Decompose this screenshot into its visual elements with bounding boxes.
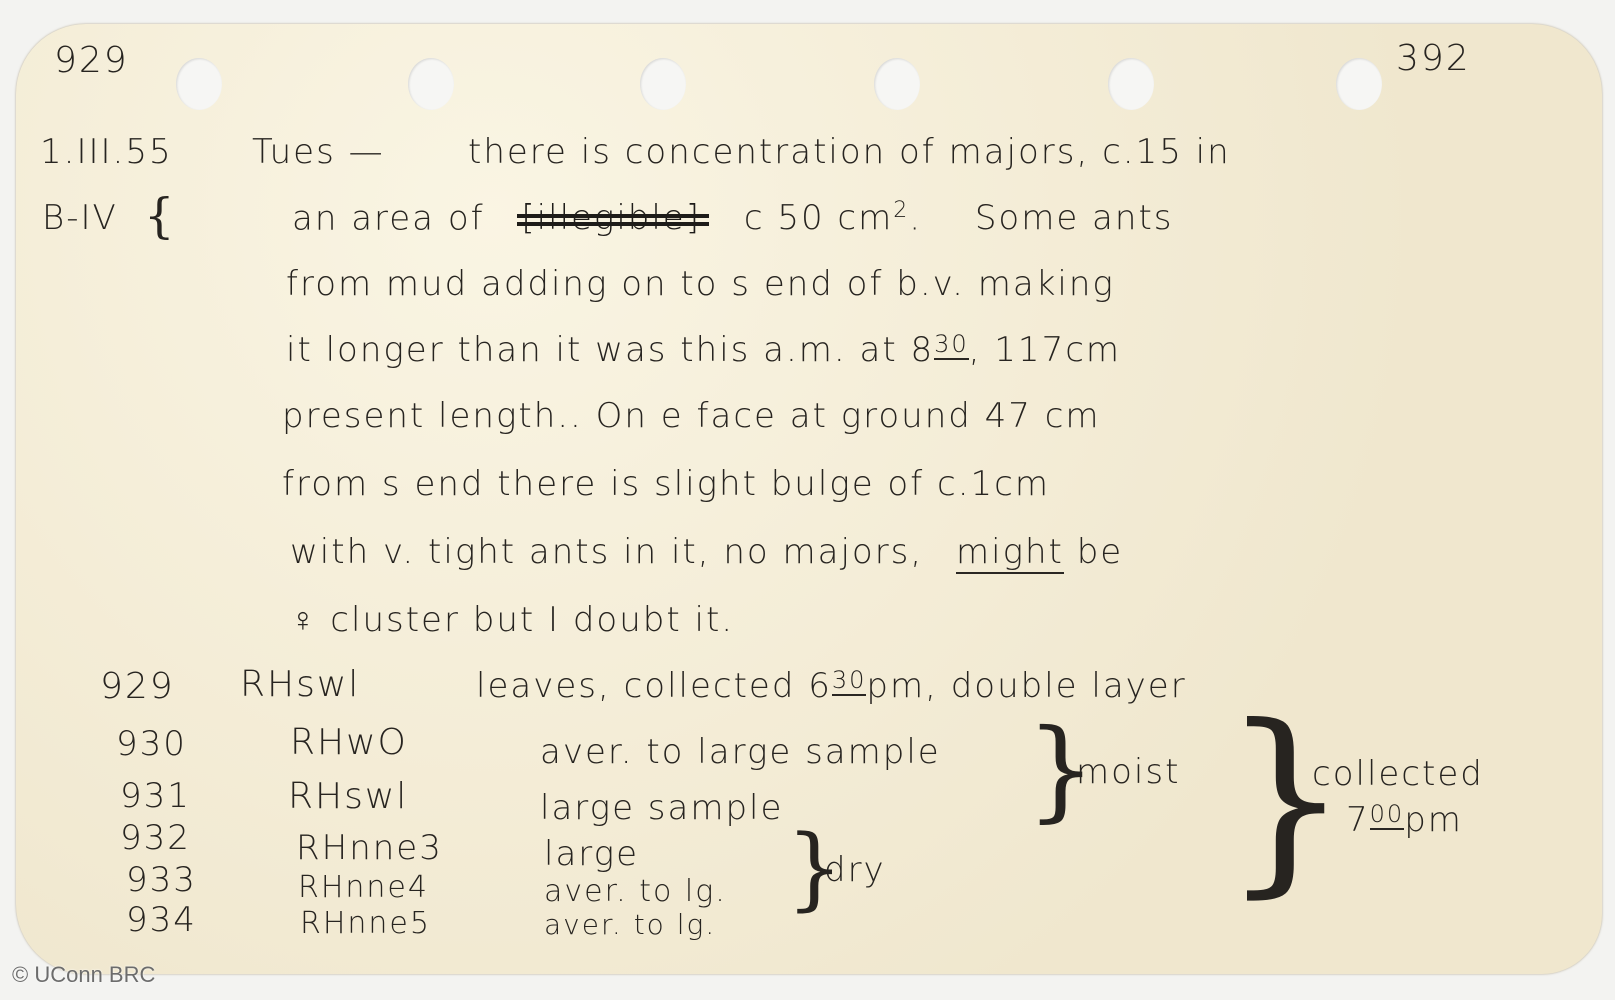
collected-time: 700pm [1346, 800, 1463, 840]
entry-line-1: there is concentration of majors, c.15 i… [468, 132, 1231, 172]
entry-text: with v. tight ants in it, no majors, [290, 532, 923, 572]
entry-text: be [1077, 532, 1124, 572]
entry-text: it longer than it was this a.m. at 8 [286, 330, 934, 370]
card-number-left: 929 [54, 40, 129, 81]
brace: { [144, 188, 175, 244]
collected-label: collected [1312, 754, 1484, 794]
sample-number: 930 [116, 724, 187, 764]
sample-number: 931 [120, 776, 191, 816]
sample-note: leaves, collected 630pm, double layer [476, 666, 1187, 706]
superscript: 30 [934, 330, 969, 360]
punch-hole [408, 58, 454, 110]
sample-code: RHnne3 [296, 828, 443, 868]
entry-line-5: present length.. On e face at ground 47 … [282, 396, 1101, 436]
entry-date: 1.III.55 [40, 132, 173, 172]
entry-line-3: from mud adding on to s end of b.v. maki… [286, 264, 1115, 304]
entry-text: , 117cm [969, 330, 1121, 370]
sample-code: RHswl [240, 664, 360, 705]
entry-line-4: it longer than it was this a.m. at 830, … [286, 330, 1121, 370]
notebook-card: 929 392 1.III.55 Tues — there is concent… [16, 24, 1602, 974]
underlined-word: might [956, 532, 1064, 574]
entry-day: Tues — [252, 132, 385, 172]
card-number-right: 392 [1396, 38, 1471, 79]
entry-line-7: with v. tight ants in it, no majors, mig… [290, 532, 1123, 572]
moist-label: moist [1076, 752, 1180, 792]
punch-hole [1336, 58, 1382, 110]
entry-line-2: an area of [illegible] c 50 cm2. Some an… [292, 198, 1174, 238]
superscript: 2 [893, 198, 909, 223]
time-hour: 7 [1346, 800, 1370, 840]
location-code: B-IV [42, 198, 118, 238]
sample-code: RHnne4 [298, 870, 429, 905]
time-suffix: pm [1404, 800, 1463, 840]
superscript: 30 [832, 666, 867, 696]
sample-note: large [544, 834, 639, 874]
note-text: pm, double layer [866, 666, 1186, 706]
punch-hole [1108, 58, 1154, 110]
entry-line-8: ♀ cluster but I doubt it. [290, 600, 734, 640]
sample-number: 929 [100, 666, 175, 707]
dry-label: dry [824, 850, 886, 890]
sample-note: aver. to lg. [544, 908, 716, 941]
sample-note: large sample [540, 788, 783, 828]
superscript: 00 [1370, 800, 1405, 830]
punch-hole [176, 58, 222, 110]
entry-text: an area of [292, 198, 485, 238]
sample-number: 932 [120, 818, 191, 858]
sample-number: 934 [126, 900, 197, 940]
sample-note: aver. to large sample [540, 732, 941, 772]
entry-line-6: from s end there is slight bulge of c.1c… [282, 464, 1050, 504]
struck-out-word: [illegible] [521, 198, 701, 238]
note-text: leaves, collected 6 [476, 666, 832, 706]
entry-text: c 50 cm [744, 198, 893, 238]
sample-code: RHnne5 [300, 906, 431, 941]
sample-number: 933 [126, 860, 197, 900]
sample-note: aver. to lg. [544, 874, 727, 909]
sample-code: RHwO [290, 722, 408, 763]
copyright-watermark: © UConn BRC [12, 962, 155, 988]
punch-hole [874, 58, 920, 110]
collected-brace: } [1222, 700, 1349, 900]
sample-code: RHswl [288, 776, 408, 817]
punch-hole [640, 58, 686, 110]
entry-text: Some ants [975, 198, 1174, 238]
